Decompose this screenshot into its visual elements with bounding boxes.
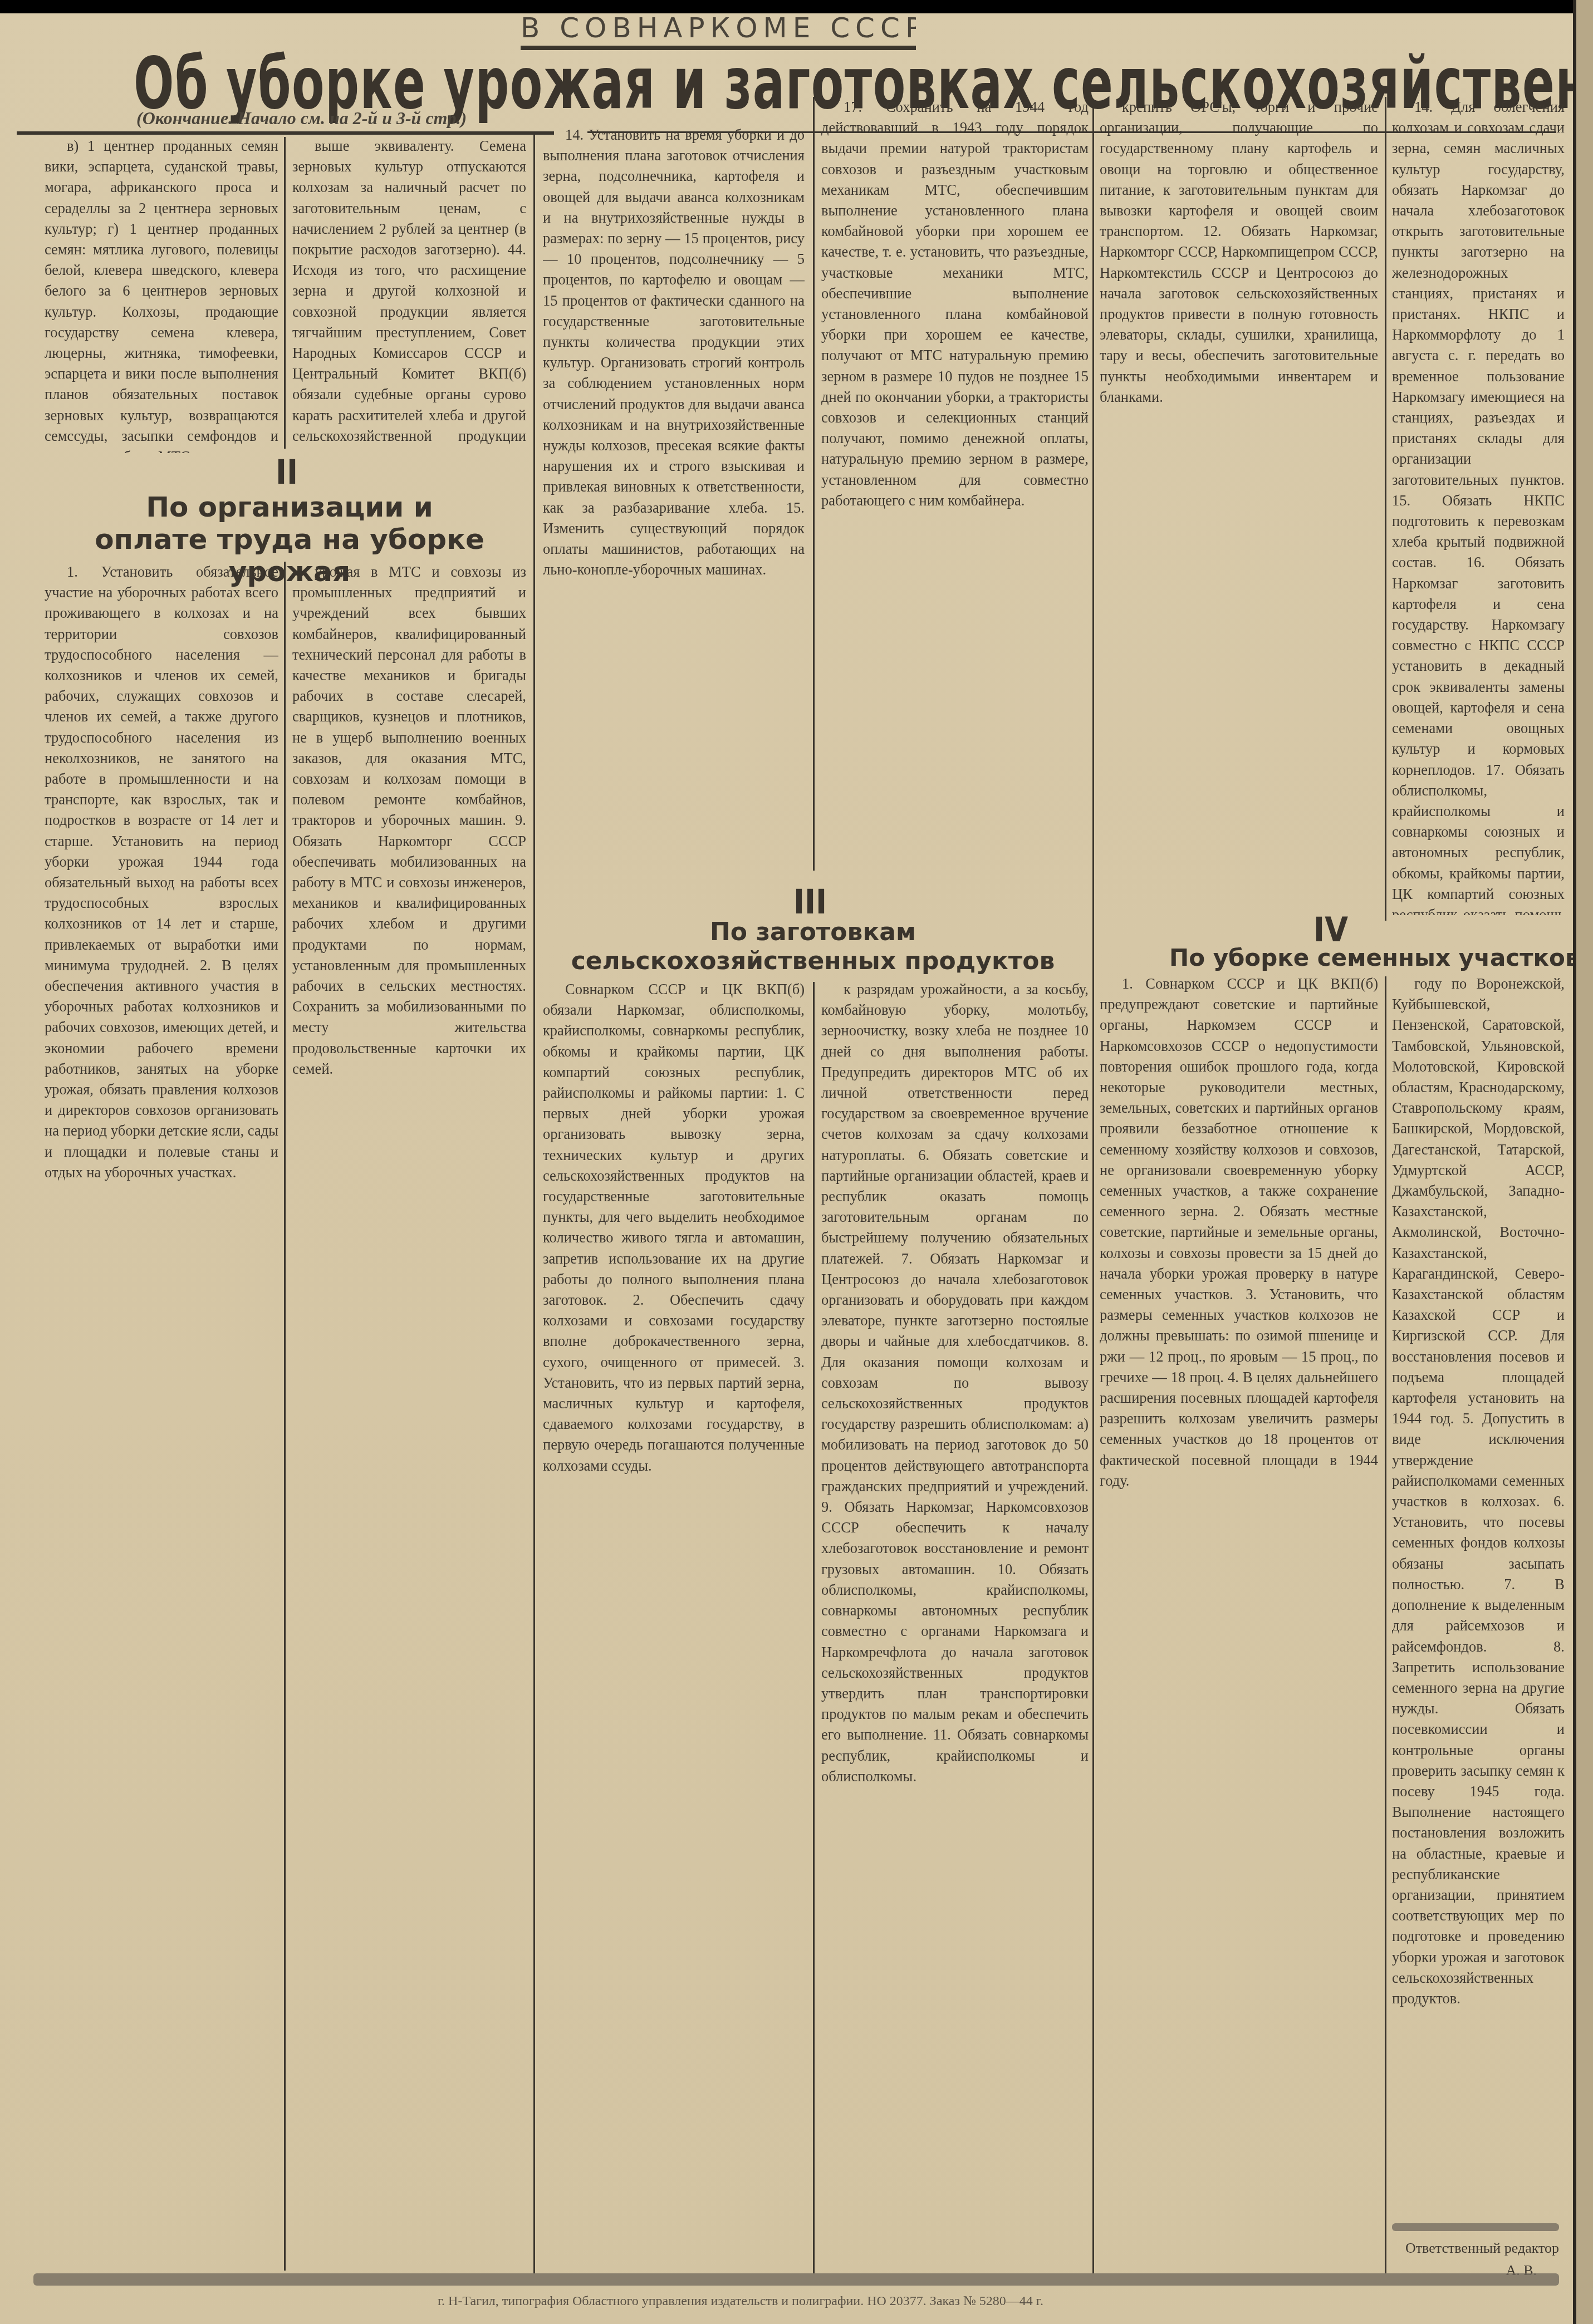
column-2-top: выше эквиваленту. Семена зерновых культу… (292, 136, 526, 453)
column-4-top: 17. Сохранить на 1944 год действовавший … (821, 97, 1089, 871)
continuation-note: (Окончание. Начало см. на 2-й и 3-й стр.… (136, 108, 526, 129)
article-text: крепить ОРС'ы, торги и прочие организаци… (1100, 97, 1378, 407)
column-divider (1385, 976, 1386, 2273)
scan-right-edge (1573, 0, 1593, 2324)
section-3-numeral: III (543, 883, 1077, 922)
section-2-numeral: II (45, 453, 529, 492)
column-divider (284, 137, 286, 449)
article-text: в) 1 центнер проданных семян вики, эспар… (45, 136, 278, 453)
column-3-bottom: Совнарком СССР и ЦК ВКП(б) обязали Нарко… (543, 979, 805, 2273)
column-4-bottom: к разрядам урожайности, а за косьбу, ком… (821, 979, 1089, 2273)
article-text: 1. Совнарком СССР и ЦК ВКП(б) предупрежд… (1100, 974, 1378, 1491)
bottom-rule (33, 2273, 1559, 2286)
column-5-bottom: 1. Совнарком СССР и ЦК ВКП(б) предупрежд… (1100, 974, 1378, 2273)
printer-imprint: г. Н-Тагил, типография Областного управл… (239, 2294, 1242, 2309)
article-text: Совнарком СССР и ЦК ВКП(б) обязали Нарко… (543, 979, 805, 1476)
column-3-top: 14. Установить на время уборки и до выпо… (543, 125, 805, 871)
column-5-top: крепить ОРС'ы, торги и прочие организаци… (1100, 97, 1378, 921)
column-divider (284, 562, 286, 2271)
article-text: 14. Установить на время уборки и до выпо… (543, 125, 805, 580)
column-2-main: урожая в МТС и совхозы из промышленных п… (292, 562, 526, 2273)
column-divider (813, 982, 815, 2273)
article-text: урожая в МТС и совхозы из промышленных п… (292, 562, 526, 1079)
header-rule-left (17, 131, 554, 135)
article-text: году по Воронежской, Куйбышевской, Пензе… (1392, 974, 1565, 2009)
column-6-top: 14. Для облегчения колхозам и совхозам с… (1392, 97, 1565, 915)
section-4-title: По уборке семенных участков (1169, 944, 1559, 972)
column-divider (533, 133, 535, 2273)
column-1-top: в) 1 центнер проданных семян вики, эспар… (45, 136, 278, 453)
article-text: выше эквиваленту. Семена зерновых культу… (292, 136, 526, 453)
article-text: 1. Установить обязательное участие на уб… (45, 562, 278, 1183)
article-text: 17. Сохранить на 1944 год действовавший … (821, 97, 1089, 511)
column-6-bottom: году по Воронежской, Куйбышевской, Пензе… (1392, 974, 1565, 2193)
editor-title: Ответственный редактор (1392, 2240, 1559, 2257)
column-divider (1385, 97, 1386, 921)
article-text: 14. Для облегчения колхозам и совхозам с… (1392, 97, 1565, 915)
article-text: к разрядам урожайности, а за косьбу, ком… (821, 979, 1089, 1787)
section-3-title: По заготовкам сельскохозяйственных проду… (557, 918, 1069, 976)
signature-rule (1392, 2223, 1559, 2231)
column-divider (813, 97, 815, 871)
column-1-main: 1. Установить обязательное участие на уб… (45, 562, 278, 2273)
column-divider (1092, 108, 1094, 2273)
newspaper-page: В СОВНАРКОМЕ СССР и ЦК ВКП(б) Об уборке … (0, 13, 1579, 2324)
